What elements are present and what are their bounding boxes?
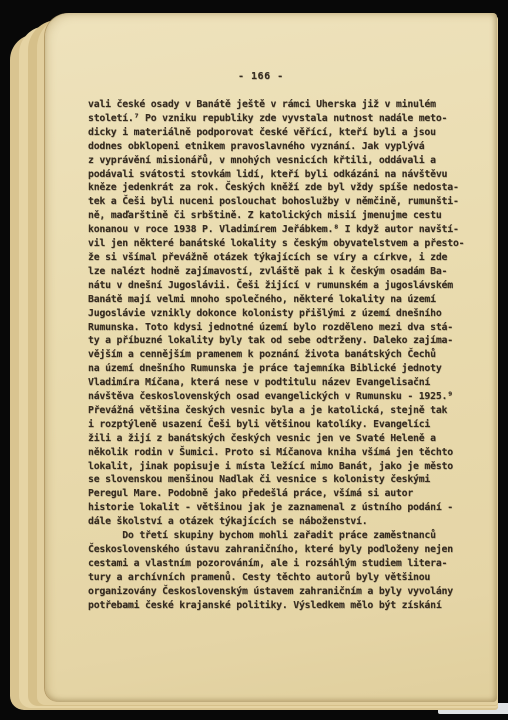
page-number: - 166 - xyxy=(238,71,284,82)
book-page: - 166 - vali české osady v Banátě ještě … xyxy=(45,13,497,702)
page-body-text: vali české osady v Banátě ještě v rámci … xyxy=(88,98,488,613)
scanned-book-photo: - 166 - vali české osady v Banátě ještě … xyxy=(0,0,508,720)
